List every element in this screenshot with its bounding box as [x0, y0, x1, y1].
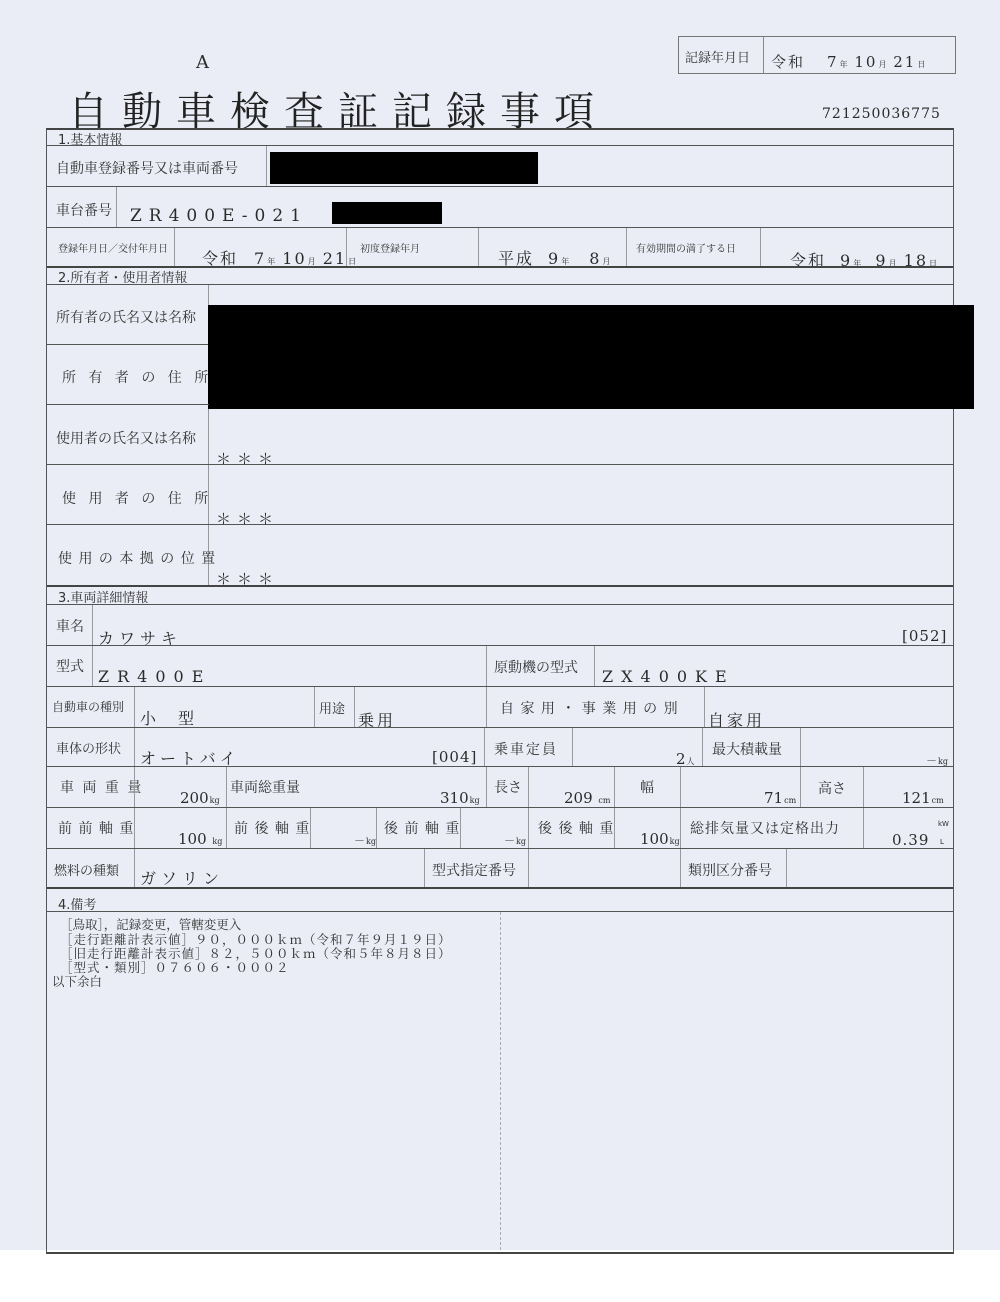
remark-line: ［走行距離計表示値］９０，０００ｋｍ（令和７年９月１９日） — [60, 933, 452, 947]
engine-model: ZX400KE — [602, 667, 735, 686]
record-date-box: 記録年月日 令和7年 10月 21日 — [678, 36, 956, 74]
remark-line: ［型式・類別］０７６０６・０００２ — [60, 961, 290, 975]
category-number-label: 類別区分番号 — [688, 860, 772, 880]
form-code: A — [196, 52, 209, 73]
car-name-code: [052] — [902, 627, 947, 645]
remarks-divider — [500, 912, 501, 1250]
remark-line: ［鳥取］，記録変更，管轄変更入 — [60, 918, 241, 932]
model-label: 型式 — [56, 656, 84, 676]
rr-axle-label: 後 後 軸 重 — [538, 818, 614, 838]
purpose-label: 用途 — [319, 698, 345, 717]
registration-date-label: 登録年月日／交付年月日 — [58, 240, 168, 255]
document-page: A 自動車検査証記録事項 記録年月日 令和7年 10月 21日 72125003… — [0, 0, 1000, 1250]
width: 71cm — [764, 789, 796, 807]
car-name-label: 車名 — [56, 616, 84, 636]
displacement: 0.39 — [892, 831, 929, 849]
height-label: 高さ — [818, 778, 846, 798]
width-label: 幅 — [640, 777, 654, 797]
max-load-label: 最大積載量 — [712, 739, 782, 759]
gross-weight-label: 車両総重量 — [230, 777, 300, 797]
record-date: 令和7年 10月 21日 — [771, 51, 925, 72]
vehicle-weight-label: 車 両 重 量 — [60, 777, 143, 797]
type-designation-label: 型式指定番号 — [432, 860, 516, 880]
chassis-number-label: 車台番号 — [56, 200, 112, 220]
length: 209 cm — [564, 789, 611, 807]
length-label: 長さ — [494, 777, 522, 797]
body-shape-code: [004] — [432, 748, 477, 766]
engine-model-label: 原動機の型式 — [494, 657, 578, 677]
user-address: ＊＊＊ — [216, 508, 279, 529]
first-registration-label: 初度登録年月 — [360, 240, 420, 255]
chassis-number-redacted — [332, 202, 442, 224]
vehicle-weight: 200kg — [180, 789, 220, 807]
model: ZR400E — [98, 667, 211, 686]
ff-axle: 100 kg — [178, 830, 222, 848]
registration-number-label: 自動車登録番号又は車両番号 — [56, 158, 238, 178]
vehicle-class: 小 型 — [140, 706, 197, 729]
vehicle-class-label: 自動車の種別 — [52, 698, 124, 715]
gross-weight: 310kg — [440, 789, 480, 807]
base-location-label: 使 用 の 本 拠 の 位 置 — [58, 548, 216, 568]
displacement-label: 総排気量又は定格出力 — [690, 818, 840, 838]
user-address-label: 使 用 者 の 住 所 — [62, 488, 212, 508]
expiry-label: 有効期間の満了する日 — [636, 240, 736, 255]
owner-address-label: 所 有 者 の 住 所 — [62, 367, 212, 387]
rr-axle: 100kg — [640, 830, 680, 848]
rf-axle-label: 後 前 軸 重 — [384, 818, 460, 838]
fr-axle-label: 前 後 軸 重 — [234, 818, 310, 838]
remark-line: ［旧走行距離計表示値］８２，５００ｋｍ（令和５年８月８日） — [60, 947, 452, 961]
owner-info-redacted — [208, 305, 974, 409]
owner-name-label: 所有者の氏名又は名称 — [56, 307, 196, 327]
unit-kw: kW — [938, 820, 949, 828]
height: 121cm — [902, 789, 944, 807]
fuel: ガソリン — [140, 866, 224, 889]
registration-number-redacted — [270, 152, 538, 184]
fuel-label: 燃料の種類 — [54, 860, 119, 879]
ff-axle-label: 前 前 軸 重 — [58, 818, 134, 838]
unit-liter: L — [940, 838, 944, 846]
fr-axle: －kg — [354, 832, 376, 848]
rf-axle: －kg — [504, 832, 526, 848]
remark-line: 以下余白 — [52, 975, 102, 989]
user-name: ＊＊＊ — [216, 448, 279, 469]
chassis-number: ZR400E-021 — [130, 206, 308, 226]
private-business-label: 自 家 用 ・ 事 業 用 の 別 — [500, 698, 679, 718]
capacity-label: 乗車定員 — [494, 739, 558, 759]
record-date-label: 記録年月日 — [685, 47, 750, 66]
user-name-label: 使用者の氏名又は名称 — [56, 428, 196, 448]
document-number: 721250036775 — [822, 106, 941, 122]
body-shape-label: 車体の形状 — [56, 738, 121, 757]
